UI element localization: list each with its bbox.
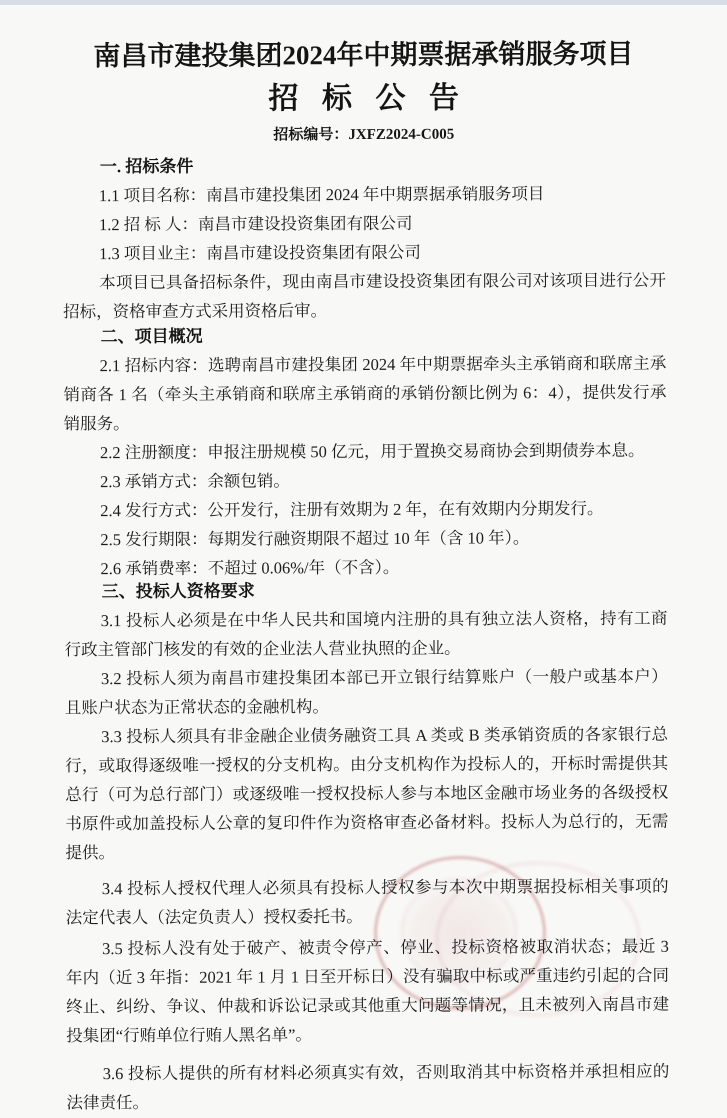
clause-3-5: 3.5 投标人没有处于破产、被责令停产、停业、投标资格被取消状态；最近 3 年内… bbox=[66, 932, 670, 1042]
clause-2-5: 2.5 发行期限：每期发行融资期限不超过 10 年（含 10 年）。 bbox=[64, 523, 667, 555]
section-bidding-conditions: 一. 招标条件 1.1 项目名称：南昌市建投集团 2024 年中期票据承销服务项… bbox=[62, 150, 666, 327]
section-2-heading: 二、项目概况 bbox=[63, 320, 666, 352]
section-bidder-qualifications: 三、投标人资格要求 3.1 投标人必须是在中华人民共和国境内注册的具有独立法人资… bbox=[64, 575, 669, 1042]
clause-1-1: 1.1 项目名称：南昌市建投集团 2024 年中期票据承销服务项目 bbox=[63, 179, 666, 211]
clause-3-4: 3.4 投标人授权代理人必须具有投标人授权参与本次中期票据投标相关事项的法定代表… bbox=[66, 872, 669, 933]
document-subtitle: 招 标 公 告 bbox=[62, 77, 665, 122]
clause-3-3: 3.3 投标人须具有非金融企业债务融资工具 A 类或 B 类承销资质的各家银行总… bbox=[65, 720, 669, 868]
clause-2-2: 2.2 注册额度：申报注册规模 50 亿元，用于置换交易商协会到期债券本息。 bbox=[64, 436, 667, 468]
clause-2-4: 2.4 发行方式：公开发行，注册有效期为 2 年，在有效期内分期发行。 bbox=[64, 494, 667, 526]
tender-announcement-page: 南昌市建投集团2024年中期票据承销服务项目 招 标 公 告 招标编号：JXFZ… bbox=[0, 0, 727, 1042]
clause-1-2: 1.2 招 标 人：南昌市建设投资集团有限公司 bbox=[63, 208, 666, 240]
document-title: 南昌市建投集团2024年中期票据承销服务项目 bbox=[62, 33, 665, 78]
clause-2-1: 2.1 招标内容：选聘南昌市建投集团 2024 年中期票据牵头主承销商和联席主承… bbox=[63, 349, 666, 439]
bid-number: 招标编号：JXFZ2024-C005 bbox=[62, 124, 665, 147]
section-1-heading: 一. 招标条件 bbox=[62, 150, 665, 182]
section-project-overview: 二、项目概况 2.1 招标内容：选聘南昌市建投集团 2024 年中期票据牵头主承… bbox=[63, 320, 667, 584]
clause-1-note: 本项目已具备招标条件，现由南昌市建设投资集团有限公司对该项目进行公开招标，资格审… bbox=[63, 266, 666, 327]
clause-3-2: 3.2 投标人须为南昌市建投集团本部已开立银行结算账户（一般户或基本户）且账户状… bbox=[65, 662, 668, 723]
scan-edge-artifact bbox=[0, 0, 727, 5]
clause-1-3: 1.3 项目业主：南昌市建设投资集团有限公司 bbox=[63, 237, 666, 269]
clause-3-1: 3.1 投标人必须是在中华人民共和国境内注册的具有独立法人资格，持有工商行政主管… bbox=[64, 604, 667, 665]
clause-2-3: 2.3 承销方式：余额包销。 bbox=[64, 465, 667, 497]
